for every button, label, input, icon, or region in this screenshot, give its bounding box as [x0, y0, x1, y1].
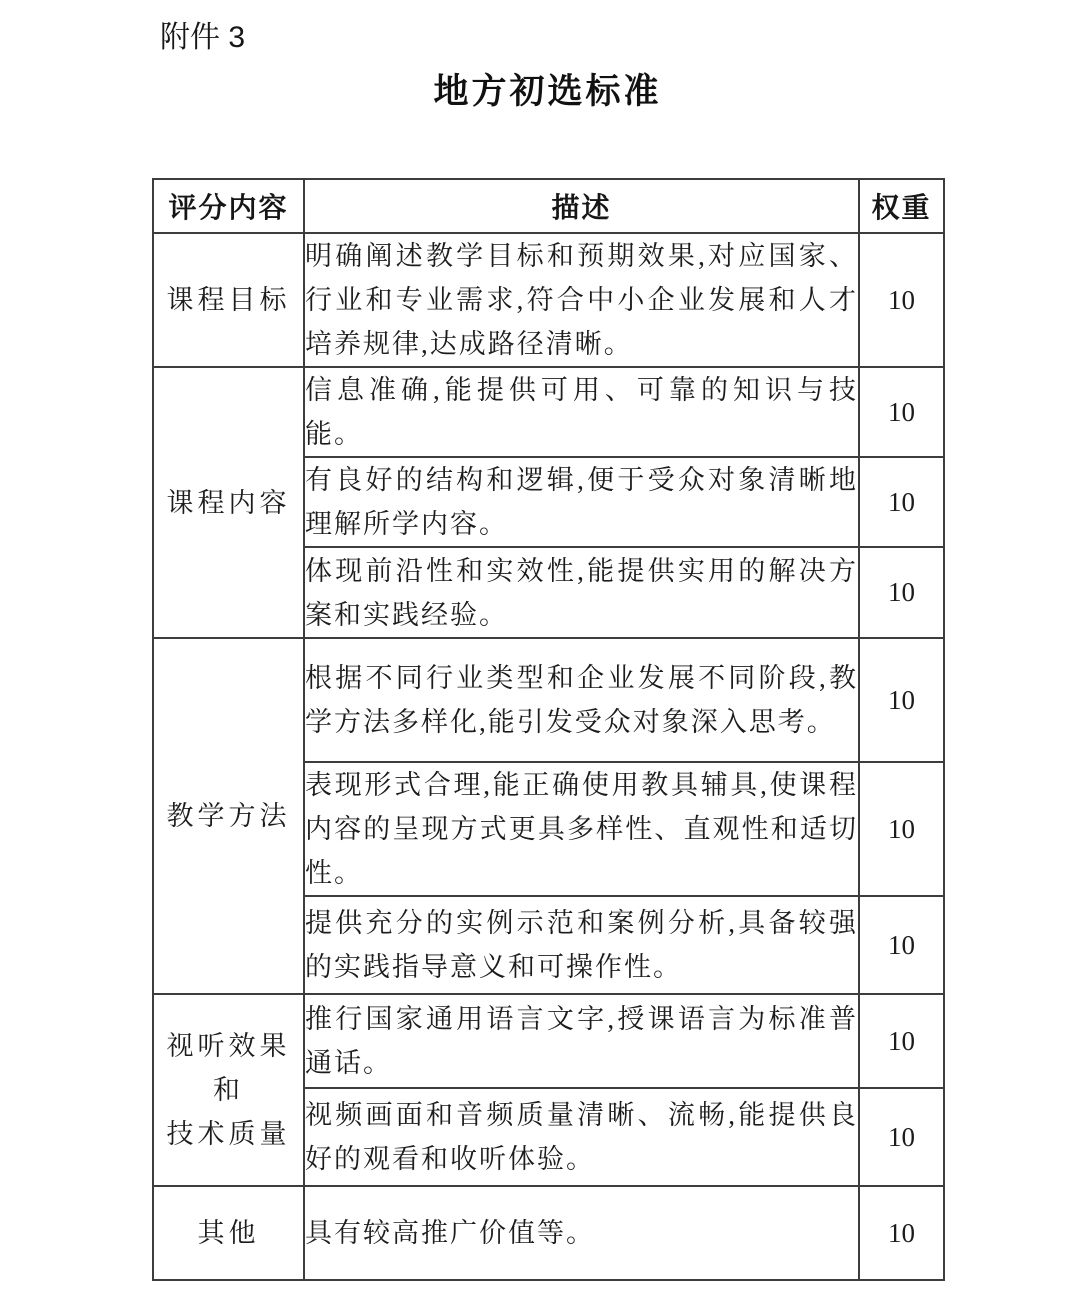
- weight-cell: 10: [859, 994, 944, 1088]
- criteria-audiovisual-quality: 视听效果 和 技术质量: [153, 994, 304, 1186]
- table-row: 其他 具有较高推广价值等。 10: [153, 1186, 944, 1280]
- description-cell: 根据不同行业类型和企业发展不同阶段,教学方法多样化,能引发受众对象深入思考。: [304, 638, 859, 762]
- weight-cell: 10: [859, 547, 944, 638]
- weight-cell: 10: [859, 1088, 944, 1186]
- header-scoring-content: 评分内容: [153, 179, 304, 233]
- description-cell: 视频画面和音频质量清晰、流畅,能提供良好的观看和收听体验。: [304, 1088, 859, 1186]
- weight-cell: 10: [859, 233, 944, 367]
- criteria-table: 评分内容 描述 权重 课程目标 明确阐述教学目标和预期效果,对应国家、行业和专业…: [152, 178, 945, 1281]
- description-cell: 提供充分的实例示范和案例分析,具备较强的实践指导意义和可操作性。: [304, 896, 859, 994]
- criteria-course-objectives: 课程目标: [153, 233, 304, 367]
- weight-cell: 10: [859, 896, 944, 994]
- weight-cell: 10: [859, 367, 944, 457]
- criteria-teaching-methods: 教学方法: [153, 638, 304, 994]
- header-description: 描述: [304, 179, 859, 233]
- description-cell: 信息准确,能提供可用、可靠的知识与技能。: [304, 367, 859, 457]
- weight-cell: 10: [859, 457, 944, 547]
- table-header-row: 评分内容 描述 权重: [153, 179, 944, 233]
- criteria-others: 其他: [153, 1186, 304, 1280]
- description-cell: 有良好的结构和逻辑,便于受众对象清晰地理解所学内容。: [304, 457, 859, 547]
- weight-cell: 10: [859, 1186, 944, 1280]
- attachment-label: 附件 3: [160, 12, 245, 56]
- criteria-course-content: 课程内容: [153, 367, 304, 638]
- weight-cell: 10: [859, 638, 944, 762]
- page-title: 地方初选标准: [152, 64, 943, 114]
- table-row: 教学方法 根据不同行业类型和企业发展不同阶段,教学方法多样化,能引发受众对象深入…: [153, 638, 944, 762]
- description-cell: 具有较高推广价值等。: [304, 1186, 859, 1280]
- description-cell: 明确阐述教学目标和预期效果,对应国家、行业和专业需求,符合中小企业发展和人才培养…: [304, 233, 859, 367]
- table-row: 课程目标 明确阐述教学目标和预期效果,对应国家、行业和专业需求,符合中小企业发展…: [153, 233, 944, 367]
- header-weight: 权重: [859, 179, 944, 233]
- description-cell: 推行国家通用语言文字,授课语言为标准普通话。: [304, 994, 859, 1088]
- table-row: 视听效果 和 技术质量 推行国家通用语言文字,授课语言为标准普通话。 10: [153, 994, 944, 1088]
- table-row: 课程内容 信息准确,能提供可用、可靠的知识与技能。 10: [153, 367, 944, 457]
- weight-cell: 10: [859, 762, 944, 896]
- description-cell: 表现形式合理,能正确使用教具辅具,使课程内容的呈现方式更具多样性、直观性和适切性…: [304, 762, 859, 896]
- description-cell: 体现前沿性和实效性,能提供实用的解决方案和实践经验。: [304, 547, 859, 638]
